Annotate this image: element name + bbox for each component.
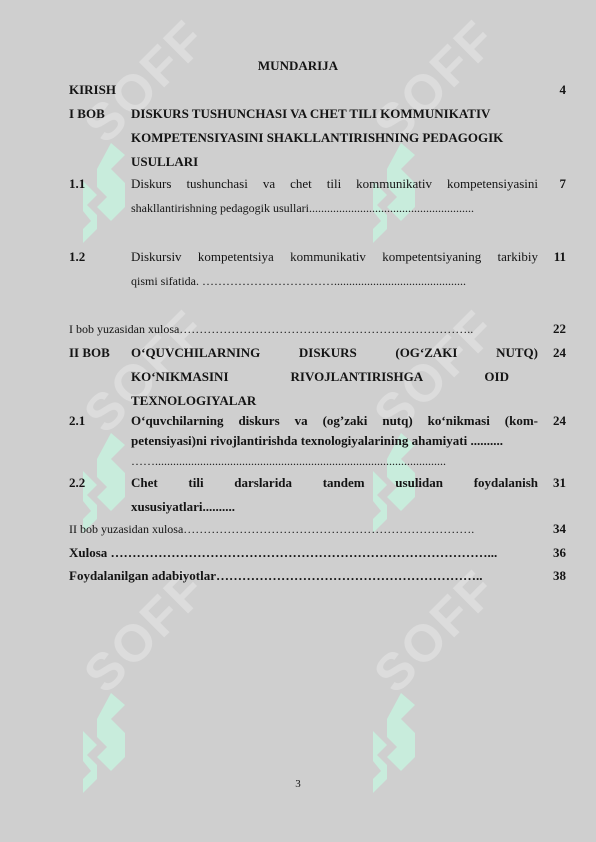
toc-title-line: xususiyatlari.......... (131, 495, 538, 519)
toc-entry-xulosa-2[interactable]: II bob yuzasidan xulosa……………………………………………… (69, 517, 566, 541)
toc-title-line: O‘quvchilarning diskurs va (og’zaki nutq… (131, 411, 538, 431)
toc-title-line: Chet tili darslarida tandem usulidan foy… (131, 471, 538, 495)
toc-number: 2.2 (69, 471, 85, 495)
toc-title-line: ……......................................… (131, 451, 521, 471)
toc-title-line: petensiyasi)ni rivojlantirishda texnolog… (131, 431, 538, 451)
toc-title-line: TEXNOLOGIYALAR (131, 389, 538, 413)
toc-page-number: 24 (548, 411, 566, 431)
toc-page-number: 34 (548, 517, 566, 541)
watermark-logo: SOFF (365, 605, 565, 805)
toc-title-line: KO‘NIKMASINI RIVOJLANTIRISHGA OID (131, 365, 509, 389)
toc-page-number: 7 (548, 172, 566, 196)
toc-title-line: O‘QUVCHILARNING DISKURS (OG‘ZAKI NUTQ) (131, 341, 538, 365)
toc-title-line: qismi sifatida. …………………………….............… (131, 269, 538, 293)
watermark-logo: SOFF (75, 605, 275, 805)
toc-title-line: USULLARI (131, 150, 551, 174)
toc-entry-kirish[interactable]: KIRISH 4 (69, 78, 566, 102)
toc-entry-xulosa[interactable]: Xulosa ……………………………………………………………………………... … (69, 541, 566, 565)
toc-entry-2-2[interactable]: 2.2 Chet tili darslarida tandem usulidan… (69, 471, 566, 519)
toc-title-line: shakllantirishning pedagogik usullari...… (131, 196, 538, 220)
toc-page-number: 36 (548, 541, 566, 565)
toc-page-number: 11 (548, 245, 566, 269)
toc-entry-bob1[interactable]: I BOB DISKURS TUSHUNCHASI VA CHET TILI K… (69, 102, 566, 174)
toc-entry-1-1[interactable]: 1.1 Diskurs tushunchasi va chet tili kom… (69, 172, 566, 220)
toc-title-line: DISKURS TUSHUNCHASI VA CHET TILI KOMMUNI… (131, 102, 551, 126)
toc-title-line: KOMPETENSIYASINI SHAKLLANTIRISHNING PEDA… (131, 126, 551, 150)
toc-page-number: 22 (548, 317, 566, 341)
toc-number: 2.1 (69, 411, 85, 431)
toc-page-number: 31 (548, 471, 566, 495)
toc-label: Xulosa ……………………………………………………………………………... (69, 541, 539, 565)
toc-entry-bob2[interactable]: II BOB O‘QUVCHILARNING DISKURS (OG‘ZAKI … (69, 341, 566, 413)
toc-number: 1.2 (69, 245, 85, 269)
toc-page-number: 24 (548, 341, 566, 365)
toc-number: II BOB (69, 341, 110, 365)
toc-entry-xulosa-1[interactable]: I bob yuzasidan xulosa………………………………………………… (69, 317, 566, 341)
page-number: 3 (0, 778, 596, 790)
toc-page-number: 4 (548, 78, 566, 102)
toc-number: I BOB (69, 102, 105, 126)
toc-label: KIRISH (69, 78, 116, 102)
page-title: MUNDARIJA (0, 58, 596, 74)
toc-title-line: Diskursiv kompetentsiya kommunikativ kom… (131, 245, 538, 269)
toc-entry-1-2[interactable]: 1.2 Diskursiv kompetentsiya kommunikativ… (69, 245, 566, 293)
toc-label: I bob yuzasidan xulosa………………………………………………… (69, 317, 539, 341)
toc-label: II bob yuzasidan xulosa……………………………………………… (69, 517, 539, 541)
toc-label: Foydalanilgan adabiyotlar………………………………………… (69, 564, 539, 588)
toc-entry-adabiyotlar[interactable]: Foydalanilgan adabiyotlar………………………………………… (69, 564, 566, 588)
toc-title-line: Diskurs tushunchasi va chet tili kommuni… (131, 172, 538, 196)
toc-entry-2-1[interactable]: 2.1 O‘quvchilarning diskurs va (og’zaki … (69, 411, 566, 471)
toc-page-number: 38 (548, 564, 566, 588)
toc-number: 1.1 (69, 172, 85, 196)
